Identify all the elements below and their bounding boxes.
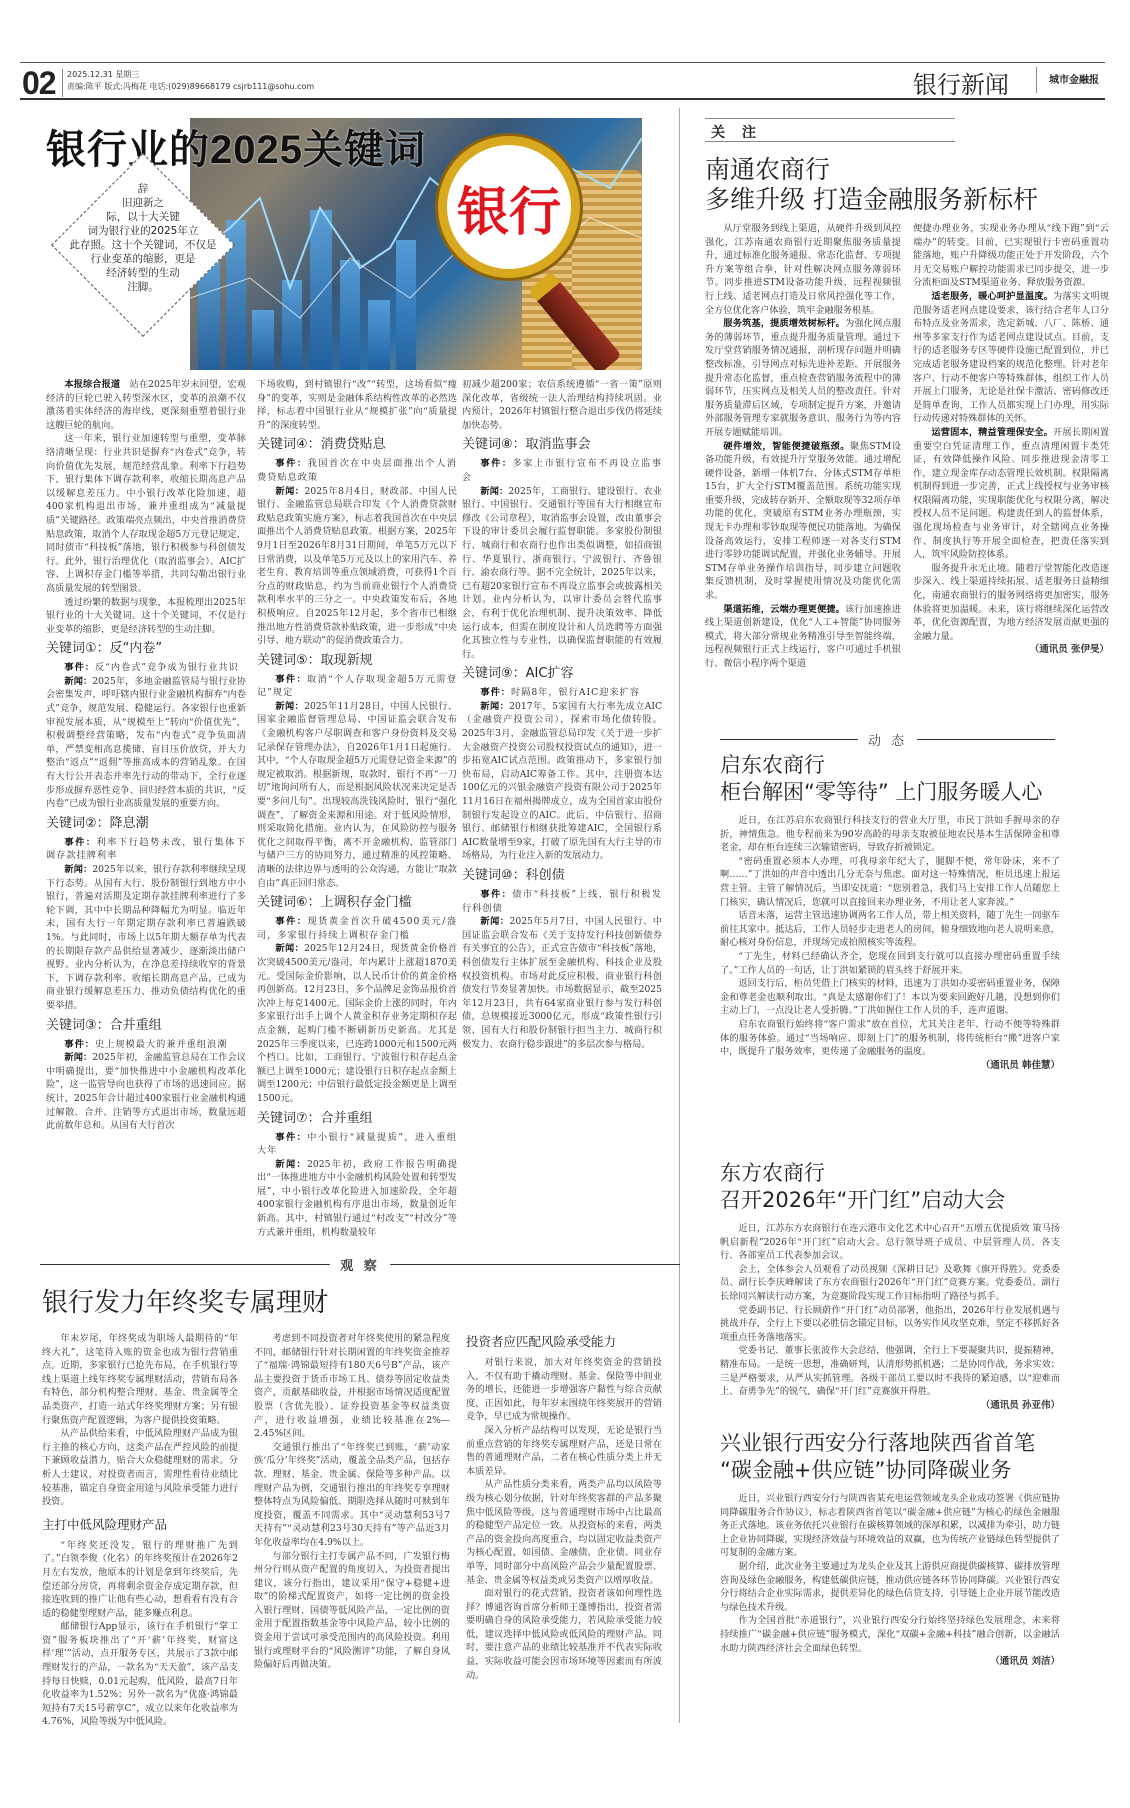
subheading: 投资者应匹配风险承受能力	[466, 1332, 662, 1352]
dynamics-article-qidong: 启东农商行柜台解困“零等待” 上门服务暖人心 近日，在江苏启东农商银行科技支行的…	[720, 752, 1060, 1072]
article-title: 启东农商行柜台解困“零等待” 上门服务暖人心	[720, 752, 1060, 806]
paragraph: 启东农商银行始终将“客户需求”放在首位，尤其关注老年、行动不便等特殊群体的服务体…	[720, 1018, 1060, 1059]
article-title: 兴业银行西安分行落地陕西省首笔“碳金融+供应链”协同降碳业务	[720, 1430, 1060, 1484]
paragraph: 近日，江苏东方农商银行在连云港市文化艺术中心召开“五增五优提质效 策马扬帆启新程…	[720, 1222, 1060, 1263]
keyword-news: 新闻：2025年，工商银行、建设银行、农业银行、中国银行、交通银行等国有大行相继…	[462, 485, 662, 662]
feature-col-1: 本报综合报道 站在2025年岁末回望，宏观经济的巨轮已驶入转型深水区，变革的浪潮…	[46, 378, 246, 1133]
keyword-event: 事件：多家上市银行宣布不再设立监事会	[462, 457, 662, 484]
keyword-event: 事件：债市“科技板”上线，银行积极发行科创债	[462, 888, 662, 915]
column-divider	[679, 108, 680, 1723]
article-body: 近日，兴业银行西安分行与陕西省某充电运营领域龙头企业成功签署《供应链协同降碳服务…	[720, 1492, 1060, 1669]
lead-paragraph: 这一年来，银行业加速转型与重塑，变革脉络清晰呈现：行业共识是摒弃“内卷式”竞争，…	[46, 432, 246, 595]
focus-col-a: 从厅堂服务到线上渠道，从硬件升级到风控强化，江苏南通农商银行近期聚焦服务质量提升…	[705, 222, 901, 671]
focus-title: 南通农商行 多维升级 打造金融服务新标杆	[705, 155, 1038, 215]
keyword-event: 事件：中小银行“减量提质”，进入重组大年	[257, 1131, 457, 1158]
header-meta: 2025.12.31 星期三 责编:陈平 版式:冯梅花 电话:(029)8966…	[62, 69, 314, 97]
paragraph: 硬件增效，智能便捷破瓶颈。聚焦STM设备功能升级，有效提升厅堂服务效能。通过增配…	[705, 440, 901, 603]
keyword-event: 事件：利率下行趋势未改，银行集体下调存款挂牌利率	[46, 836, 246, 863]
paragraph: “年终奖还没发，银行的理财推广先到了。”白领李俊（化名）的年终奖预计在2026年…	[42, 1539, 238, 1621]
feature-col-2: 下场收购，到村镇银行“改”“转型，这场看似“瘦身”的变革，实则是金融体系结构性改…	[257, 378, 457, 1239]
intro-diamond: 辞旧迎新之际，以十大关键词为银行业的2025年立此存照。这十个关键词，不仅是行业…	[58, 160, 228, 330]
paragraph: 面对银行的花式营销，投资者该如何理性选择？博通咨询首席分析师王蓬博指出，投资者需…	[466, 1587, 662, 1682]
paragraph: “密码重置必须本人办理，可我母亲年纪大了，腿脚不便，常年卧床，来不了啊……”丁洪…	[720, 855, 1060, 909]
observe-title: 银行发力年终奖专属理财	[42, 1288, 328, 1318]
keyword-heading: 关键词①：反“内卷”	[46, 639, 246, 659]
paragraph: 便捷办理业务，实现业务办理从“线下跑”到“云端办”的转变。目前，已实现银行卡密码…	[913, 222, 1109, 290]
subheading: 主打中低风险理财产品	[42, 1515, 238, 1535]
byline: （通讯员 孙亚伟）	[720, 1399, 1060, 1413]
keyword-heading: 关键词⑩：科创债	[462, 866, 662, 886]
keyword-news: 新闻：2025年初，金融监管总局在工作会议中明确提出，要“加快推进中小金融机构改…	[46, 1051, 246, 1133]
keyword-event: 事件：取消“个人存取现金超5万元需登记”规定	[257, 673, 457, 700]
paragraph: 返回支行后，柜员凭借上门核实的材料，迅速为丁洪如办妥密码重置业务，保障金和尊老金…	[720, 977, 1060, 1018]
lead-paragraph: 本报综合报道 站在2025年岁末回望，宏观经济的巨轮已驶入转型深水区，变革的浪潮…	[46, 378, 246, 432]
staff-line: 责编:陈平 版式:冯梅花 电话:(029)89668179 csjrb111@s…	[67, 81, 314, 93]
article-body: 近日，在江苏启东农商银行科技支行的营业大厅里，市民丁洪如手握母亲的存折，神情焦急…	[720, 814, 1060, 1072]
paragraph: 运营固本，精益管理保安全。开展长期闲置重要空白凭证清理工作，重点清理闲置卡类凭证…	[913, 426, 1109, 562]
paragraph: 会上，全体参会人员观看了动员视频《深耕日记》及歌舞《旗开得胜》。党委委员、副行长…	[720, 1263, 1060, 1304]
paragraph: 服务筑基，提质增效树标杆。为强化网点服务的薄弱环节，重点提升服务质量管理。通过下…	[705, 317, 901, 439]
paragraph: 交通银行推出了“年终奖已到账，‘薪’动家族‘瓜分’年终奖”活动，覆盖全品类产品，…	[254, 1441, 450, 1550]
focus-label: 关 注	[705, 118, 955, 142]
paragraph: 从产品性质分类来看，两类产品均以风险等级为核心划分依据，针对年终奖客群的产品多聚…	[466, 1478, 662, 1587]
keyword-news: 新闻：2025年初，政府工作报告明确提出“一体推进地方中小金融机构风险处置和转型…	[257, 1158, 457, 1240]
paragraph: “丁先生，材料已经确认齐全，您现在回到支行就可以直接办理密码重置手续了。”工作人…	[720, 950, 1060, 977]
byline: （通讯员 韩佳慧）	[720, 1059, 1060, 1073]
keyword-news: 新闻：2025年以来，银行存款利率继续呈现下行态势。从国有大行、股份制银行到地方…	[46, 863, 246, 1013]
paragraph: 从厅堂服务到线上渠道，从硬件升级到风控强化，江苏南通农商银行近期聚焦服务质量提升…	[705, 222, 901, 317]
keyword-event: 事件：时隔8年，银行AIC迎来扩容	[462, 686, 662, 700]
paragraph: 从产品供给来看，中低风险理财产品成为银行主推的核心方向，这类产品在严控风险的前提…	[42, 1427, 238, 1509]
keyword-heading: 关键词⑦：合并重组	[257, 1109, 457, 1129]
keyword-heading: 关键词⑧：取消监事会	[462, 435, 662, 455]
paragraph: 渠道拓维，云端办理更便捷。该行加速推进线上渠道创新建设，优化“人工+智能”协同服…	[705, 603, 901, 671]
section-label: 动 态	[868, 730, 907, 749]
keyword-news: 新闻：2025年5月7日，中国人民银行、中国证监会联合发布《关于支持发行科技创新…	[462, 915, 662, 1051]
section-label: 观 察	[340, 1255, 380, 1274]
paragraph: 近日，在江苏启东农商银行科技支行的营业大厅里，市民丁洪如手握母亲的存折，神情焦急…	[720, 814, 1060, 855]
byline: （通讯员 张伊旻）	[913, 643, 1109, 657]
article-title: 东方农商行召开2026年“开门红”启动大会	[720, 1160, 1060, 1214]
page-number: 02	[22, 65, 56, 102]
keyword-news-cont: 下场收购，到村镇银行“改”“转型，这场看似“瘦身”的变革，实则是金融体系结构性改…	[257, 378, 457, 432]
keyword-event: 事件：我国首次在中央层面推出个人消费贷贴息政策	[257, 457, 457, 484]
keyword-event: 事件：反“内卷式”竞争成为银行业共识	[46, 661, 246, 675]
paragraph: 邮储银行App显示，该行在手机银行“掌工资”服务板块推出了“开‘薪’年终奖，财富…	[42, 1620, 238, 1729]
article-body: 近日，江苏东方农商银行在连云港市文化艺术中心召开“五增五优提质效 策马扬帆启新程…	[720, 1222, 1060, 1412]
paragraph: 考虑到不同投资者对年终奖使用的紧急程度不同，邮储银行针对长期闲置的年终奖资金推荐…	[254, 1332, 450, 1441]
observe-col-1: 年末岁尾，年终奖成为职场人最期待的“年终大礼”，这笔待入账的资金也成为银行营销重…	[42, 1332, 238, 1729]
focus-col-b: 便捷办理业务，实现业务办理从“线下跑”到“云端办”的转变。目前，已实现银行卡密码…	[913, 222, 1109, 657]
lead-paragraph: 透过纷繁的数据与现象，本报梳理出2025年银行业的十大关键词。这十个关键词，不仅…	[46, 596, 246, 637]
paragraph: 服务提升永无止境。随着厅堂智能化改造逐步深入、线上渠道持续拓展、适老服务日益精细…	[913, 562, 1109, 644]
dynamics-article-cib: 兴业银行西安分行落地陕西省首笔“碳金融+供应链”协同降碳业务 近日，兴业银行西安…	[720, 1430, 1060, 1669]
keyword-heading: 关键词⑨：AIC扩容	[462, 664, 662, 684]
publication-name: 城市金融报	[1036, 67, 1099, 93]
paragraph: 与部分银行主打专属产品不同，广发银行梅州分行则从资产配置的角度切入，为投资者提出…	[254, 1550, 450, 1672]
paragraph: 作为全国首批“赤道银行”，兴业银行西安分行始终坚持绿色发展理念，未来将持续推广“…	[720, 1614, 1060, 1655]
section-divider-dynamics: 动 态	[720, 730, 1055, 749]
observe-col-3: 投资者应匹配风险承受能力 对银行来说，加大对年终奖资金的营销投入，不仅有助于撬动…	[466, 1332, 662, 1682]
section-name: 银行新闻	[913, 65, 1009, 100]
paragraph: 近日，兴业银行西安分行与陕西省某充电运营领域龙头企业成功签署《供应链协同降碳服务…	[720, 1492, 1060, 1560]
keyword-news-cont: 初减少超200家；农信系统遵循“一省一策”原则深化改革，省级统一法人治理结构持续…	[462, 378, 662, 432]
keyword-heading: 关键词④：消费贷贴息	[257, 435, 457, 455]
paragraph: 对银行来说，加大对年终奖资金的营销投入，不仅有助于撬动理财、基金、保险等中间业务…	[466, 1356, 662, 1424]
paragraph: 年末岁尾，年终奖成为职场人最期待的“年终大礼”，这笔待入账的资金也成为银行营销重…	[42, 1332, 238, 1427]
keyword-heading: 关键词⑤：取现新规	[257, 651, 457, 671]
paragraph: 党委副书记、行长顾蔚作“开门红”动员部署，他指出，2026年行业发展机遇与挑战并…	[720, 1304, 1060, 1345]
byline: （通讯员 刘洁）	[720, 1655, 1060, 1669]
keyword-heading: 关键词⑥：上调积存金门槛	[257, 893, 457, 913]
keyword-news: 新闻：2025年，多地金融监管局与银行业协会密集发声，呼吁辖内银行业金融机构摒弃…	[46, 675, 246, 811]
feature-col-3: 初减少超200家；农信系统遵循“一省一策”原则深化改革，省级统一法人治理结构持续…	[462, 378, 662, 1051]
keyword-news: 新闻：2017年，5家国有大行率先成立AIC（金融资产投资公司），探索市场化债转…	[462, 700, 662, 863]
date-line: 2025.12.31 星期三	[67, 69, 314, 81]
magnifier-icon: 银行	[438, 136, 580, 278]
keyword-event: 事件：现货黄金首次升破4500美元/盎司，多家银行持续上调积存金门槛	[257, 915, 457, 942]
keyword-heading: 关键词③：合并重组	[46, 1016, 246, 1036]
paragraph: 话音未落，运营主管迅速协调两名工作人员，带上相关资料，随丁先生一同驱车前往其家中…	[720, 909, 1060, 950]
paragraph: 据介绍，此次业务主要通过为龙头企业及其上游供应商提供碳核算、碳排放管理咨询及绿色…	[720, 1560, 1060, 1614]
keyword-event: 事件：史上规模最大的兼并重组浪潮	[46, 1038, 246, 1052]
keyword-news: 新闻：2025年12月24日，现货黄金价格首次突破4500美元/盎司，年内累计上…	[257, 942, 457, 1105]
keyword-news: 新闻：2025年8月4日，财政部、中国人民银行、金融监管总局联合印发《个人消费贷…	[257, 485, 457, 648]
paragraph: 党委书记、董事长张波作大会总结，他强调，全行上下要凝聚共识，提振精神，精准布局。…	[720, 1344, 1060, 1398]
dynamics-article-dongfang: 东方农商行召开2026年“开门红”启动大会 近日，江苏东方农商银行在连云港市文化…	[720, 1160, 1060, 1412]
keyword-heading: 关键词②：降息潮	[46, 814, 246, 834]
intro-text: 辞旧迎新之际，以十大关键词为银行业的2025年立此存照。这十个关键词，不仅是行业…	[58, 182, 228, 294]
paragraph: 适老服务，暖心呵护显温度。为落实文明规范服务适老网点建设要求，该行结合老年人口分…	[913, 290, 1109, 426]
page-header: 02 2025.12.31 星期三 责编:陈平 版式:冯梅花 电话:(029)8…	[20, 62, 1105, 100]
paragraph: 深入分析产品结构可以发现，无论是银行当前重点营销的年终奖专属理财产品，还是日常在…	[466, 1424, 662, 1478]
section-divider-observe: 观 察	[40, 1255, 680, 1274]
observe-col-2: 考虑到不同投资者对年终奖使用的紧急程度不同，邮储银行针对长期闲置的年终奖资金推荐…	[254, 1332, 450, 1672]
keyword-news: 新闻：2025年11月28日，中国人民银行、国家金融监督管理总局、中国证监会联合…	[257, 700, 457, 890]
